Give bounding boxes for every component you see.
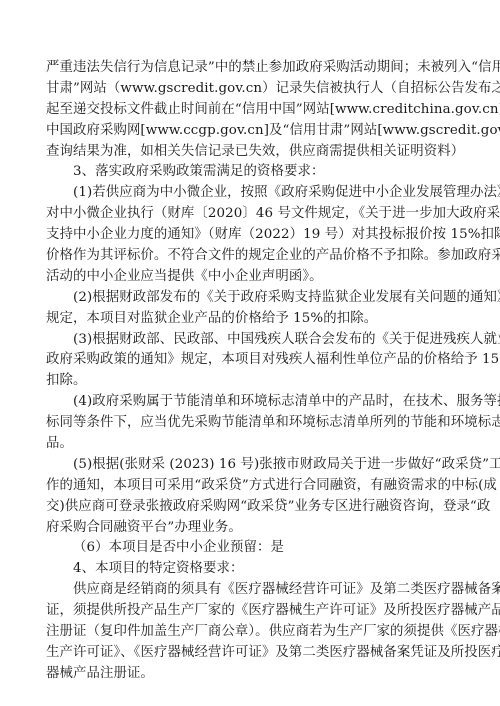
text-line: (5)根据(张财采 (2023) 16 号)张掖市财政局关于进一步做好“政采贷”… bbox=[46, 455, 454, 476]
paragraph-item-5: (5)根据(张财采 (2023) 16 号)张掖市财政局关于进一步做好“政采贷”… bbox=[46, 455, 454, 539]
text-line: 扣除。 bbox=[46, 371, 454, 392]
text-line: (2)根据财政部发布的《关于政府采购支持监狱企业发展有关问题的通知》 bbox=[46, 288, 454, 309]
paragraph-item-1: (1)若供应商为中小微企业，按照《政府采购促进中小企业发展管理办法》 对中小微企… bbox=[46, 183, 454, 287]
paragraph-item-2: (2)根据财政部发布的《关于政府采购支持监狱企业发展有关问题的通知》 规定，本项… bbox=[46, 288, 454, 330]
text-line: 器械产品注册证。 bbox=[46, 664, 454, 685]
text-line: 查询结果为准，如相关失信记录已失效，供应商需提供相关证明资料） bbox=[46, 142, 454, 163]
section-3-heading: 3、落实政府采购政策需满足的资格要求： bbox=[46, 162, 454, 183]
section-4-heading: 4、本项目的特定资格要求： bbox=[46, 559, 454, 580]
text-line: 起至递交投标文件截止时间前在“信用中国”网站[www.creditchina.g… bbox=[46, 100, 454, 121]
document-page: 严重违法失信行为信息记录”中的禁止参加政府采购活动期间；未被列入“信用 甘肃”网… bbox=[46, 58, 454, 685]
paragraph-item-3: (3)根据财政部、民政部、中国残疾人联合会发布的《关于促进残疾人就业 政府采购政… bbox=[46, 330, 454, 393]
text-line: 交)供应商可登录张掖政府采购网“政采贷”业务专区进行融资咨询，登录“政 bbox=[46, 497, 454, 518]
text-line: 品。 bbox=[46, 434, 454, 455]
text-line: 价格作为其评标价。不符合文件的规定企业的产品价格不予扣除。参加政府采购 bbox=[46, 246, 454, 267]
heading-text: 3、落实政府采购政策需满足的资格要求： bbox=[46, 162, 454, 183]
text-line: （6）本项目是否中小企业预留：是 bbox=[46, 538, 454, 559]
text-line: 甘肃”网站（www.gscredit.gov.cn）记录失信被执行人（自招标公告… bbox=[46, 79, 454, 100]
paragraph-item-6: （6）本项目是否中小企业预留：是 bbox=[46, 538, 454, 559]
paragraph-item-4: (4)政府采购属于节能清单和环境标志清单中的产品时，在技术、服务等指 标同等条件… bbox=[46, 392, 454, 455]
text-line: 注册证（复印件加盖生产厂商公章）。供应商若为生产厂家的须提供《医疗器械 bbox=[46, 622, 454, 643]
text-line: 证，须提供所投产品生产厂家的《医疗器械生产许可证》及所投医疗器械产品的 bbox=[46, 601, 454, 622]
text-line: 对中小微企业执行（财库〔2020〕46 号文件规定，《关于进一步加大政府采购 bbox=[46, 204, 454, 225]
text-line: 供应商是经销商的须具有《医疗器械经营许可证》及第二类医疗器械备案凭 bbox=[46, 580, 454, 601]
heading-text: 4、本项目的特定资格要求： bbox=[46, 559, 454, 580]
paragraph-credit-record: 严重违法失信行为信息记录”中的禁止参加政府采购活动期间；未被列入“信用 甘肃”网… bbox=[46, 58, 454, 162]
text-line: (4)政府采购属于节能清单和环境标志清单中的产品时，在技术、服务等指 bbox=[46, 392, 454, 413]
text-line: 府采购合同融资平台”办理业务。 bbox=[46, 518, 454, 539]
text-line: 政府采购政策的通知》规定，本项目对残疾人福利性单位产品的价格给予 15% 的 bbox=[46, 350, 454, 371]
text-line: 活动的中小企业应当提供《中小企业声明函》。 bbox=[46, 267, 454, 288]
text-line: (1)若供应商为中小微企业，按照《政府采购促进中小企业发展管理办法》 bbox=[46, 183, 454, 204]
text-line: 规定，本项目对监狱企业产品的价格给予 15%的扣除。 bbox=[46, 309, 454, 330]
text-line: 标同等条件下，应当优先采购节能清单和环境标志清单所列的节能和环境标志产 bbox=[46, 413, 454, 434]
text-line: 严重违法失信行为信息记录”中的禁止参加政府采购活动期间；未被列入“信用 bbox=[46, 58, 454, 79]
text-line: 中国政府采购网[www.ccgp.gov.cn]及“信用甘肃”网站[www.gs… bbox=[46, 121, 454, 142]
text-line: (3)根据财政部、民政部、中国残疾人联合会发布的《关于促进残疾人就业 bbox=[46, 330, 454, 351]
text-line: 作的通知，本项目可采用“政采贷”方式进行合同融资，有融资需求的中标(成 bbox=[46, 476, 454, 497]
paragraph-specific-requirements: 供应商是经销商的须具有《医疗器械经营许可证》及第二类医疗器械备案凭 证，须提供所… bbox=[46, 580, 454, 684]
text-line: 支持中小企业力度的通知》（财库（2022）19 号）对其投标报价按 15%扣除后… bbox=[46, 225, 454, 246]
text-line: 生产许可证》、《医疗器械经营许可证》及第二类医疗器械备案凭证及所投医疗 bbox=[46, 643, 454, 664]
